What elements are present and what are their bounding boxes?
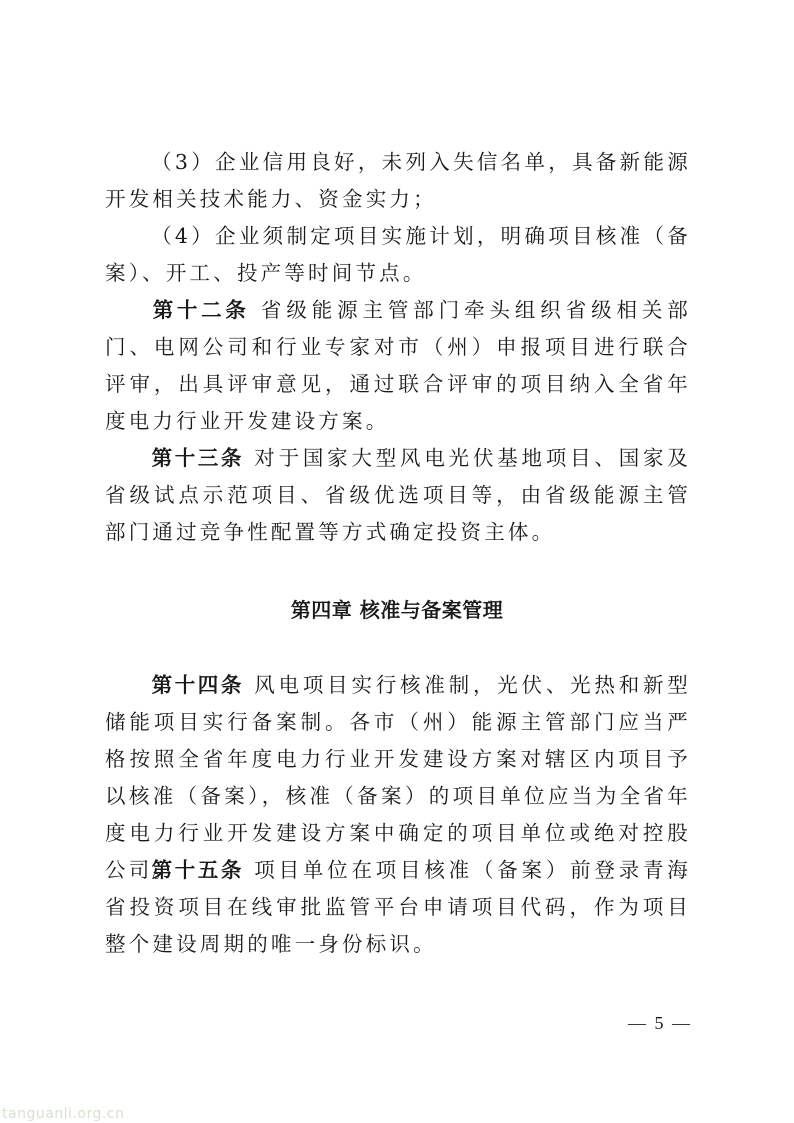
document-page: （3）企业信用良好，未列入失信名单，具备新能源开发相关技术能力、资金实力； （4… — [0, 0, 794, 1123]
article-12: 第十二条 省级能源主管部门牵头组织省级相关部门、电网公司和行业专家对市（州）申报… — [105, 292, 691, 440]
article-number: 第十四条 — [151, 673, 244, 697]
paragraph-item-4: （4）企业须制定项目实施计划，明确项目核准（备案）、开工、投产等时间节点。 — [105, 218, 691, 292]
page-number: — 5 — — [628, 1013, 692, 1034]
article-number: 第十三条 — [151, 446, 244, 470]
article-number: 第十五条 — [151, 858, 244, 882]
paragraph-item-3: （3）企业信用良好，未列入失信名单，具备新能源开发相关技术能力、资金实力； — [105, 144, 691, 218]
chapter-heading: 第四章 核准与备案管理 — [0, 594, 794, 623]
paragraph-text: （4）企业须制定项目实施计划，明确项目核准（备案）、开工、投产等时间节点。 — [105, 224, 691, 285]
watermark: tanguanli.org.cn — [2, 1106, 124, 1122]
paragraph-text: 风电项目实行核准制，光伏、光热和新型储能项目实行备案制。各市（州）能源主管部门应… — [105, 673, 691, 882]
article-13: 第十三条 对于国家大型风电光伏基地项目、国家及省级试点示范项目、省级优选项目等，… — [105, 440, 691, 551]
paragraph-text: （3）企业信用良好，未列入失信名单，具备新能源开发相关技术能力、资金实力； — [105, 150, 691, 211]
article-number: 第十二条 — [151, 298, 250, 322]
article-15: 第十五条 项目单位在项目核准（备案）前登录青海省投资项目在线审批监管平台申请项目… — [105, 852, 691, 963]
